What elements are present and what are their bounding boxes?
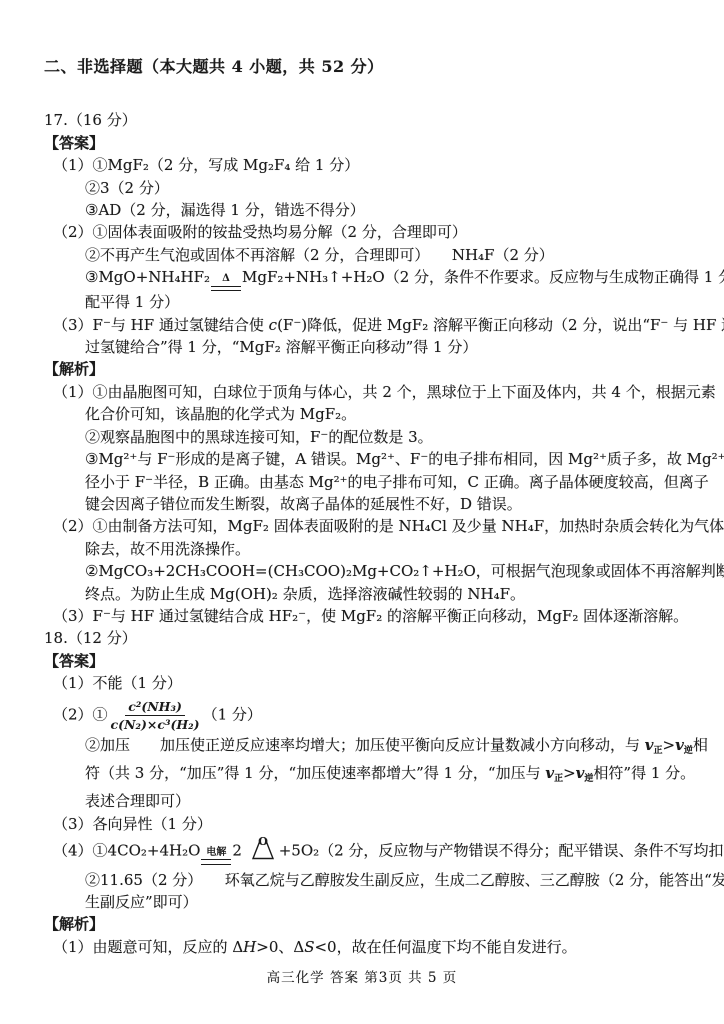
doc-line: ③Mg²⁺与 F⁻形成的是离子键，A 错误。Mg²⁺、F⁻的电子排布相同，因 M… bbox=[44, 448, 700, 470]
italic-text: v bbox=[545, 764, 554, 782]
doc-line: （1）①由晶胞图可知，白球位于顶角与体心，共 2 个，黑球位于上下面及体内，共 … bbox=[44, 381, 700, 403]
italic-text: S bbox=[304, 938, 314, 956]
doc-line: （1）由题意可知，反应的 ΔH>0、ΔS<0，故在任何温度下均不能自发进行。 bbox=[44, 936, 700, 958]
ethylene-oxide-structure-icon: O bbox=[249, 835, 277, 868]
doc-line: 17.（16 分） bbox=[44, 109, 700, 131]
page-footer: 高三化学 答案 第3页 共 5 页 bbox=[0, 966, 724, 986]
doc-line: 生副反应”即可） bbox=[44, 891, 700, 913]
italic-text: H bbox=[243, 938, 256, 956]
condition-label: Δ bbox=[222, 274, 230, 284]
doc-line: ②3（2 分） bbox=[44, 177, 700, 199]
doc-line: 化合价可知，该晶胞的化学式为 MgF₂。 bbox=[44, 403, 700, 425]
exam-answer-page: 二、非选择题（本大题共 4 小题，共 52 分） 17.（16 分）【答案】（1… bbox=[0, 0, 724, 1024]
doc-line: （2）①由制备方法可知，MgF₂ 固体表面吸附的是 NH₄Cl 及少量 NH₄F… bbox=[44, 515, 700, 537]
condition-label: 电解 bbox=[206, 848, 226, 858]
italic-text: c bbox=[269, 316, 277, 334]
section-heading: 二、非选择题（本大题共 4 小题，共 52 分） bbox=[44, 56, 700, 78]
doc-line: （4）①4CO₂+4H₂O电解2 O+5O₂（2 分，反应物与产物错误不得分；配… bbox=[44, 835, 700, 868]
double-equals-bar bbox=[211, 286, 241, 292]
subscript-text: 正 bbox=[654, 746, 663, 756]
doc-line: ②加压 加压使正逆反应速率均增大；加压使平衡向反应计量数减小方向移动，与 v正>… bbox=[44, 734, 700, 762]
subscript-text: 逆 bbox=[684, 746, 693, 756]
fraction-denominator: c(N₂)×c³(H₂) bbox=[111, 716, 200, 732]
doc-line: 18.（12 分） bbox=[44, 627, 700, 649]
svg-text:O: O bbox=[258, 835, 268, 848]
doc-line: ③MgO+NH₄HF₂ΔMgF₂+NH₃↑+H₂O（2 分，条件不作要求。反应物… bbox=[44, 266, 700, 291]
doc-line: 【答案】 bbox=[44, 650, 700, 672]
doc-line: ②不再产生气泡或固体不再溶解（2 分，合理即可） NH₄F（2 分） bbox=[44, 244, 700, 266]
double-equals-bar bbox=[201, 859, 231, 865]
doc-line: 【解析】 bbox=[44, 358, 700, 380]
doc-line: 键会因离子错位而发生断裂，故离子晶体的延展性不好，D 错误。 bbox=[44, 493, 700, 515]
doc-line: 【答案】 bbox=[44, 132, 700, 154]
doc-line: ②MgCO₃+2CH₃COOH=(CH₃COO)₂Mg+CO₂↑+H₂O，可根据… bbox=[44, 560, 700, 582]
italic-text: v bbox=[675, 736, 684, 754]
doc-line: （3）各向异性（1 分） bbox=[44, 813, 700, 835]
fraction-numerator: c²(NH₃) bbox=[125, 699, 185, 716]
doc-line: ②11.65（2 分） 环氧乙烷与乙醇胺发生副反应，生成二乙醇胺、三乙醇胺（2 … bbox=[44, 869, 700, 891]
doc-line: （3）F⁻与 HF 通过氢键结合使 c(F⁻)降低，促进 MgF₂ 溶解平衡正向… bbox=[44, 314, 700, 336]
doc-line: 表述合理即可） bbox=[44, 790, 700, 812]
equilibrium-constant-fraction: c²(NH₃)c(N₂)×c³(H₂) bbox=[111, 699, 200, 732]
doc-line: 符（共 3 分，“加压”得 1 分，“加压使速率都增大”得 1 分，“加压与 v… bbox=[44, 762, 700, 790]
reaction-condition-over-equals: Δ bbox=[211, 274, 241, 291]
doc-line: （2）①固体表面吸附的铵盐受热均易分解（2 分，合理即可） bbox=[44, 221, 700, 243]
doc-line: 【解析】 bbox=[44, 913, 700, 935]
doc-line: （3）F⁻与 HF 通过氢键结合成 HF₂⁻，使 MgF₂ 的溶解平衡正向移动，… bbox=[44, 605, 700, 627]
document-body: 17.（16 分）【答案】（1）①MgF₂（2 分，写成 Mg₂F₄ 给 1 分… bbox=[44, 109, 700, 958]
doc-line: （1）不能（1 分） bbox=[44, 672, 700, 694]
reaction-condition-over-equals: 电解 bbox=[201, 848, 231, 865]
doc-line: （1）①MgF₂（2 分，写成 Mg₂F₄ 给 1 分） bbox=[44, 154, 700, 176]
subscript-text: 正 bbox=[554, 774, 563, 784]
doc-line: 除去，故不用洗涤操作。 bbox=[44, 538, 700, 560]
doc-line: 终点。为防止生成 Mg(OH)₂ 杂质，选择溶液碱性较弱的 NH₄F。 bbox=[44, 583, 700, 605]
doc-line: 配平得 1 分） bbox=[44, 291, 700, 313]
italic-text: v bbox=[645, 736, 654, 754]
subscript-text: 逆 bbox=[584, 774, 593, 784]
doc-line: 过氢键给合”得 1 分，“MgF₂ 溶解平衡正向移动”得 1 分） bbox=[44, 336, 700, 358]
doc-line: ②观察晶胞图中的黑球连接可知，F⁻的配位数是 3。 bbox=[44, 426, 700, 448]
doc-line: 径小于 F⁻半径，B 正确。由基态 Mg²⁺的电子排布可知，C 正确。离子晶体硬… bbox=[44, 471, 700, 493]
doc-line: （2）①c²(NH₃)c(N₂)×c³(H₂)（1 分） bbox=[44, 699, 700, 732]
doc-line: ③AD（2 分，漏选得 1 分，错选不得分） bbox=[44, 199, 700, 221]
document-content: 二、非选择题（本大题共 4 小题，共 52 分） 17.（16 分）【答案】（1… bbox=[44, 56, 700, 958]
